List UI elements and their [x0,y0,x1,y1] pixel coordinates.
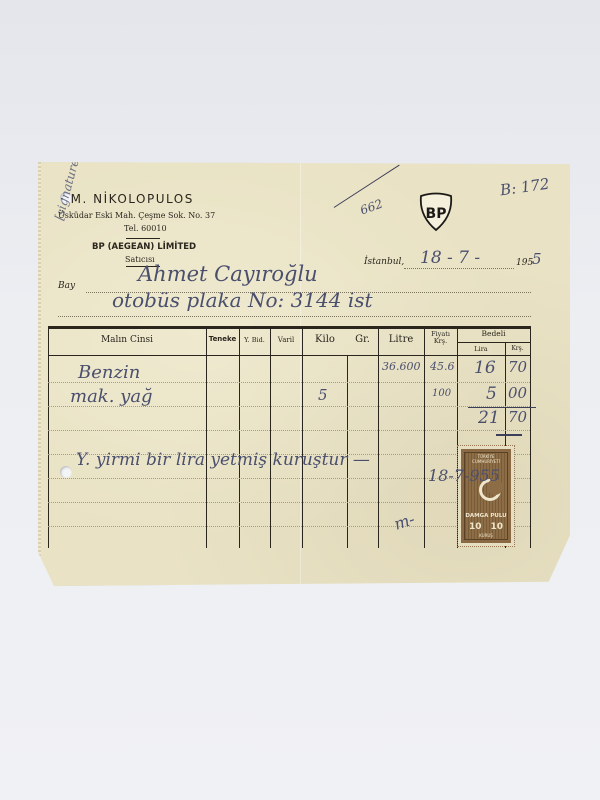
col-border [206,326,207,548]
col-border [530,326,531,548]
header-kilo: Kilo [310,334,340,345]
total-lira: 21 [478,408,500,428]
perforated-edge [38,162,41,586]
header-varil: Varil [270,336,302,344]
total-underline [496,434,522,436]
stamp-value-right: 10 [490,522,503,532]
col-border [239,326,240,548]
row1-item: Benzin [78,362,140,383]
customer-detail-dotted-line [58,316,531,317]
company-name: · M. NİKOLOPULOS [60,192,194,206]
header-litre: Litre [378,334,424,345]
customer-name: Ahmet Cayıroğlu [138,262,318,286]
bp-shield-icon: BP [418,192,454,232]
col-border [48,326,49,548]
divider-rule [126,238,160,239]
customer-label: Bay [58,281,75,291]
row2-lira: 5 [486,384,497,404]
row1-litre: 36.600 [382,360,421,373]
company-address: Üsküdar Eski Mah. Çeşme Sok. No. 37 [58,211,215,220]
receipt-date: 18-7-955 [428,466,500,485]
header-kurus: Krş. [505,345,530,352]
header-bottom-border [48,355,530,356]
col-border [270,326,271,548]
stamp-unit: KURUŞ [465,533,507,538]
stamp-label: DAMGA PULU [465,513,507,519]
header-teneke: Teneke [206,335,239,343]
stamp-value-left: 10 [469,522,482,532]
row1-lira: 16 [474,358,496,378]
year-suffix: 5 [532,250,542,268]
row2-kilo: 5 [318,386,328,404]
header-amount: Bedeli [457,329,530,338]
customer-detail: otobüs plaka No: 3144 ist [112,288,373,312]
row2-kurus: 00 [508,384,527,402]
date-day-month: 18 - 7 - [420,248,480,268]
bedeli-subrule [457,342,530,343]
svg-text:BP: BP [426,206,447,222]
header-y-bid: Y. Bid. [239,336,270,344]
date-dotted-line [404,268,514,269]
col-border [378,326,379,548]
header-price-bottom: Krş. [424,338,457,345]
handwritten-ref: B: 172 [499,175,551,200]
header-lira: Lira [457,345,505,353]
city-label: İstanbul, [364,257,404,267]
footer-signature: m- [392,509,417,533]
row2-price: 100 [432,388,451,399]
col-border [302,326,303,548]
header-item: Malın Cinsi [48,335,206,345]
total-kurus: 70 [508,408,527,426]
row1-price: 45.6 [430,360,455,373]
receipt-paper: · M. NİKOLOPULOS Üsküdar Eski Mah. Çeşme… [38,162,570,586]
year-prefix: 195 [516,258,533,268]
invoice-table: Malın Cinsi Teneke Y. Bid. Varil Kilo Gr… [48,326,530,548]
row1-kurus: 70 [508,358,527,376]
row2-item: mak. yağ [70,386,153,407]
handwritten-number: 662 [358,197,384,218]
header-price: Fiyatı Krş. [424,331,457,345]
dealer-name: BP (AEGEAN) LİMİTED [92,242,196,252]
amount-in-words: Y. yirmi bir lira yetmiş kuruştur — [76,450,370,470]
revenue-stamp: TÜRKİYE CUMHURİYETİ DAMGA PULU 10 10 KUR… [458,446,514,546]
stamp-top-text: TÜRKİYE CUMHURİYETİ [465,454,507,464]
row-rule [48,430,530,431]
col-border [424,326,425,548]
header-gr: Gr. [347,334,378,345]
company-phone: Tel. 60010 [124,224,167,233]
